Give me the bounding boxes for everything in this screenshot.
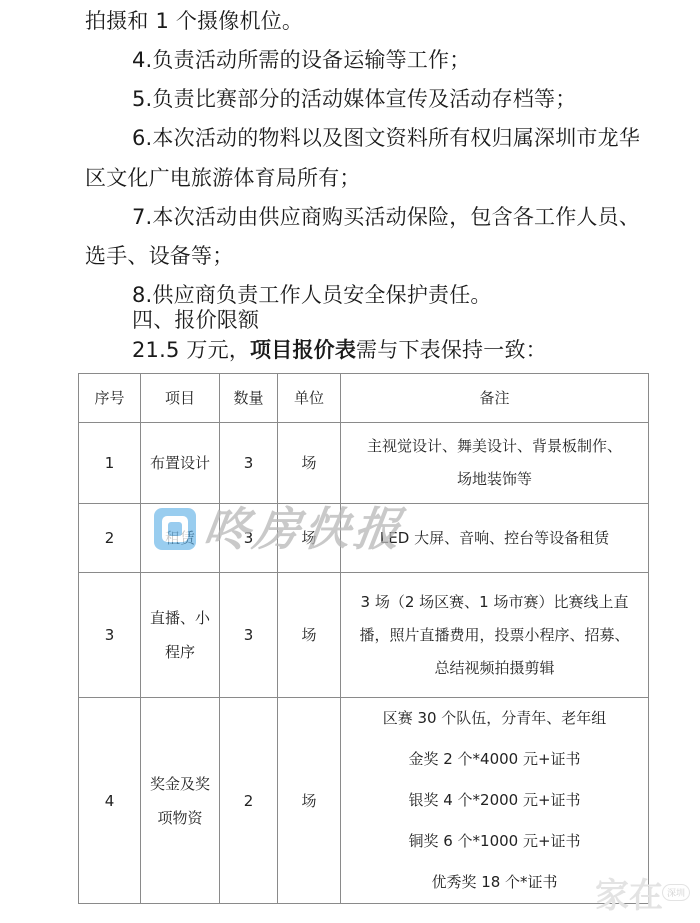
notes-line: 金奖 2 个*4000 元+证书: [345, 739, 644, 780]
cell-no: 4: [79, 698, 141, 904]
table-row: 4 奖金及奖 项物资 2 场 区赛 30 个队伍，分青年、老年组 金奖 2 个*…: [79, 698, 649, 904]
notes-line: LED 大屏、音响、控台等设备租赁: [345, 522, 644, 555]
header-unit: 单位: [278, 374, 341, 423]
quote-suffix: 需与下表保持一致：: [356, 338, 547, 362]
notes-line: 优秀奖 18 个*证书: [345, 862, 644, 903]
cell-item: 直播、小 程序: [141, 573, 220, 698]
cell-notes: 3 场（2 场区赛、1 场市赛）比赛线上直 播，照片直播费用，投票小程序、招募、…: [341, 573, 649, 698]
paragraph-item-8: 8.供应商负责工作人员安全保护责任。: [132, 281, 492, 309]
quote-limit-line: 21.5 万元，项目报价表需与下表保持一致：: [132, 336, 547, 364]
paragraph-line-0: 拍摄和 1 个摄像机位。: [85, 7, 303, 35]
cell-item: 奖金及奖 项物资: [141, 698, 220, 904]
cell-item: 租赁: [141, 504, 220, 573]
corner-watermark-badge: 深圳: [662, 884, 690, 901]
item-line: 项物资: [145, 801, 215, 835]
cell-qty: 3: [220, 573, 278, 698]
section-heading-quote-limit: 四、报价限额: [132, 306, 259, 334]
quote-amount: 21.5 万元，: [132, 338, 250, 362]
header-qty: 数量: [220, 374, 278, 423]
paragraph-item-7-cont: 选手、设备等；: [85, 242, 233, 270]
header-item: 项目: [141, 374, 220, 423]
notes-line: 主视觉设计、舞美设计、背景板制作、: [345, 430, 644, 463]
cell-no: 2: [79, 504, 141, 573]
paragraph-item-5: 5.负责比赛部分的活动媒体宣传及活动存档等；: [132, 85, 576, 113]
cell-notes: LED 大屏、音响、控台等设备租赁: [341, 504, 649, 573]
item-line: 租赁: [145, 521, 215, 555]
table-row: 1 布置设计 3 场 主视觉设计、舞美设计、背景板制作、 场地装饰等: [79, 423, 649, 504]
notes-line: 铜奖 6 个*1000 元+证书: [345, 821, 644, 862]
table-row: 3 直播、小 程序 3 场 3 场（2 场区赛、1 场市赛）比赛线上直 播，照片…: [79, 573, 649, 698]
cell-notes: 区赛 30 个队伍，分青年、老年组 金奖 2 个*4000 元+证书 银奖 4 …: [341, 698, 649, 904]
cell-unit: 场: [278, 698, 341, 904]
notes-line: 3 场（2 场区赛、1 场市赛）比赛线上直: [345, 586, 644, 619]
cell-qty: 2: [220, 698, 278, 904]
paragraph-item-6: 6.本次活动的物料以及图文资料所有权归属深圳市龙华: [132, 124, 640, 152]
cell-no: 3: [79, 573, 141, 698]
paragraph-item-4: 4.负责活动所需的设备运输等工作；: [132, 46, 470, 74]
notes-line: 区赛 30 个队伍，分青年、老年组: [345, 698, 644, 739]
cell-unit: 场: [278, 504, 341, 573]
notes-line: 场地装饰等: [345, 463, 644, 496]
item-line: 奖金及奖: [145, 767, 215, 801]
header-notes: 备注: [341, 374, 649, 423]
table-row: 2 租赁 3 场 LED 大屏、音响、控台等设备租赁: [79, 504, 649, 573]
paragraph-item-7: 7.本次活动由供应商购买活动保险，包含各工作人员、: [132, 203, 640, 231]
header-no: 序号: [79, 374, 141, 423]
item-line: 直播、小: [145, 601, 215, 635]
cell-notes: 主视觉设计、舞美设计、背景板制作、 场地装饰等: [341, 423, 649, 504]
paragraph-item-6-cont: 区文化广电旅游体育局所有；: [85, 164, 361, 192]
notes-line: 银奖 4 个*2000 元+证书: [345, 780, 644, 821]
cell-item: 布置设计: [141, 423, 220, 504]
cell-unit: 场: [278, 573, 341, 698]
quote-table-emphasis: 项目报价表: [250, 338, 356, 362]
notes-line: 总结视频拍摄剪辑: [345, 652, 644, 685]
cell-qty: 3: [220, 423, 278, 504]
cell-unit: 场: [278, 423, 341, 504]
notes-line: 播，照片直播费用，投票小程序、招募、: [345, 619, 644, 652]
cell-no: 1: [79, 423, 141, 504]
table-header-row: 序号 项目 数量 单位 备注: [79, 374, 649, 423]
quote-table: 序号 项目 数量 单位 备注 1 布置设计 3 场 主视觉设计、舞美设计、背景板…: [78, 373, 649, 904]
item-line: 布置设计: [145, 446, 215, 480]
item-line: 程序: [145, 635, 215, 669]
cell-qty: 3: [220, 504, 278, 573]
